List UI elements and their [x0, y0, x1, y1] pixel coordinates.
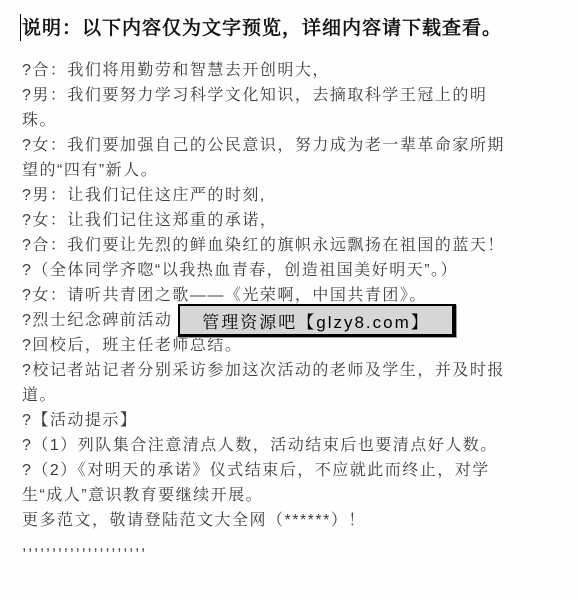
watermark-box[interactable]: 管理资源吧【glzy8.com】 [178, 304, 456, 337]
document-preview-page: 说明：以下内容仅为文字预览，详细内容请下载查看。 ?合：我们将用勤劳和智慧去开创… [0, 0, 578, 600]
text-line: ?男：让我们记住这庄严的时刻, [22, 183, 570, 208]
preview-notice-text: 说明：以下内容仅为文字预览，详细内容请下载查看。 [22, 18, 502, 39]
text-line: ?女：让我们记住这郑重的承诺， [22, 208, 570, 233]
text-line: 生“成人”意识教育要继续开展。 [22, 483, 570, 508]
text-line: ?男：我们要努力学习科学文化知识，去摘取科学王冠上的明 [22, 83, 570, 108]
text-line: ,,,,,,,,,,,,,,,,,,,,, [22, 533, 570, 558]
preview-header: 说明：以下内容仅为文字预览，详细内容请下载查看。 [22, 13, 502, 40]
text-line: ?（1）列队集合注意清点人数，活动结束后也要清点好人数。 [22, 433, 570, 458]
text-line: 珠。 [22, 108, 570, 133]
text-line: ?女：我们要加强自己的公民意识，努力成为老一辈革命家所期 [22, 133, 570, 158]
text-line: ?【活动提示】 [22, 408, 570, 433]
text-line: ?（全体同学齐唿“以我热血青春，创造祖国美好明天”。） [22, 258, 570, 283]
text-line: 更多范文，敬请登陆范文大全网（******）！ [22, 508, 570, 533]
text-line: ?（2）《对明天的承诺》仪式结束后，不应就此而终止，对学 [22, 458, 570, 483]
text-line: ?合：我们要让先烈的鲜血染红的旗帜永远飘扬在祖国的蓝天！ [22, 233, 570, 258]
text-line: ?校记者站记者分别采访参加这次活动的老师及学生，并及时报 [22, 358, 570, 383]
text-line: ?合：我们将用勤劳和智慧去开创明大， [22, 58, 570, 83]
watermark-label: 管理资源吧【glzy8.com】 [202, 308, 430, 333]
text-line: 道。 [22, 383, 570, 408]
text-line: 望的“四有”新人。 [22, 158, 570, 183]
text-caret [20, 14, 21, 41]
